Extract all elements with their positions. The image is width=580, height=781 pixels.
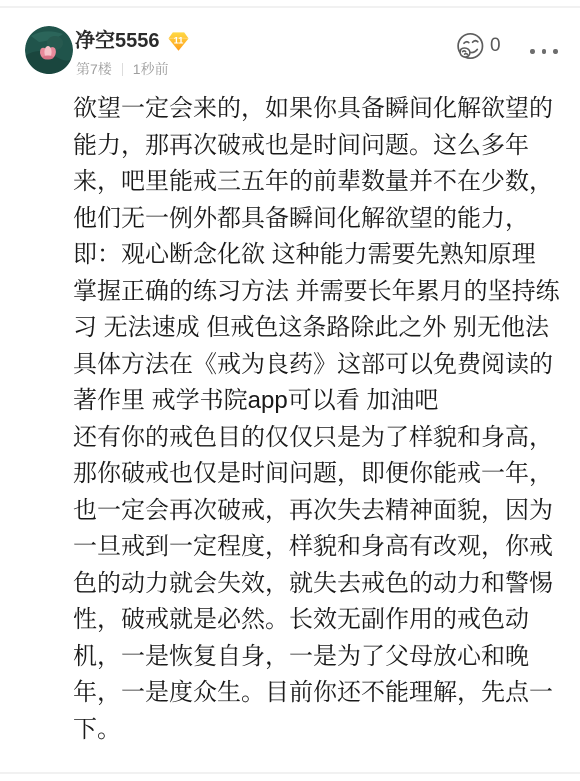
reaction-button[interactable]: 0 <box>456 32 501 60</box>
ellipsis-icon <box>530 49 535 54</box>
reaction-count: 0 <box>490 32 501 60</box>
name-row: 净空5556 11 <box>75 29 190 53</box>
floor-label: 第7楼 <box>76 61 112 78</box>
top-divider <box>0 6 580 8</box>
level-gem-icon: 11 <box>167 31 190 52</box>
username[interactable]: 净空5556 <box>75 29 160 53</box>
more-options-button[interactable] <box>530 45 558 58</box>
meta-separator <box>122 63 123 76</box>
reply-card: 净空5556 11 第7楼 1秒前 <box>0 0 580 781</box>
post-body-text: 欲望一定会来的，如果你具备瞬间化解欲望的 能力，那再次破戒也是时间问题。这么多年… <box>73 91 573 748</box>
avatar[interactable] <box>25 26 73 74</box>
meta-row: 第7楼 1秒前 <box>76 61 169 78</box>
time-label: 1秒前 <box>133 61 169 78</box>
avatar-illustration <box>25 26 73 74</box>
level-number: 11 <box>173 35 183 45</box>
laugh-emoji-icon <box>456 32 484 60</box>
bottom-divider <box>0 772 580 774</box>
